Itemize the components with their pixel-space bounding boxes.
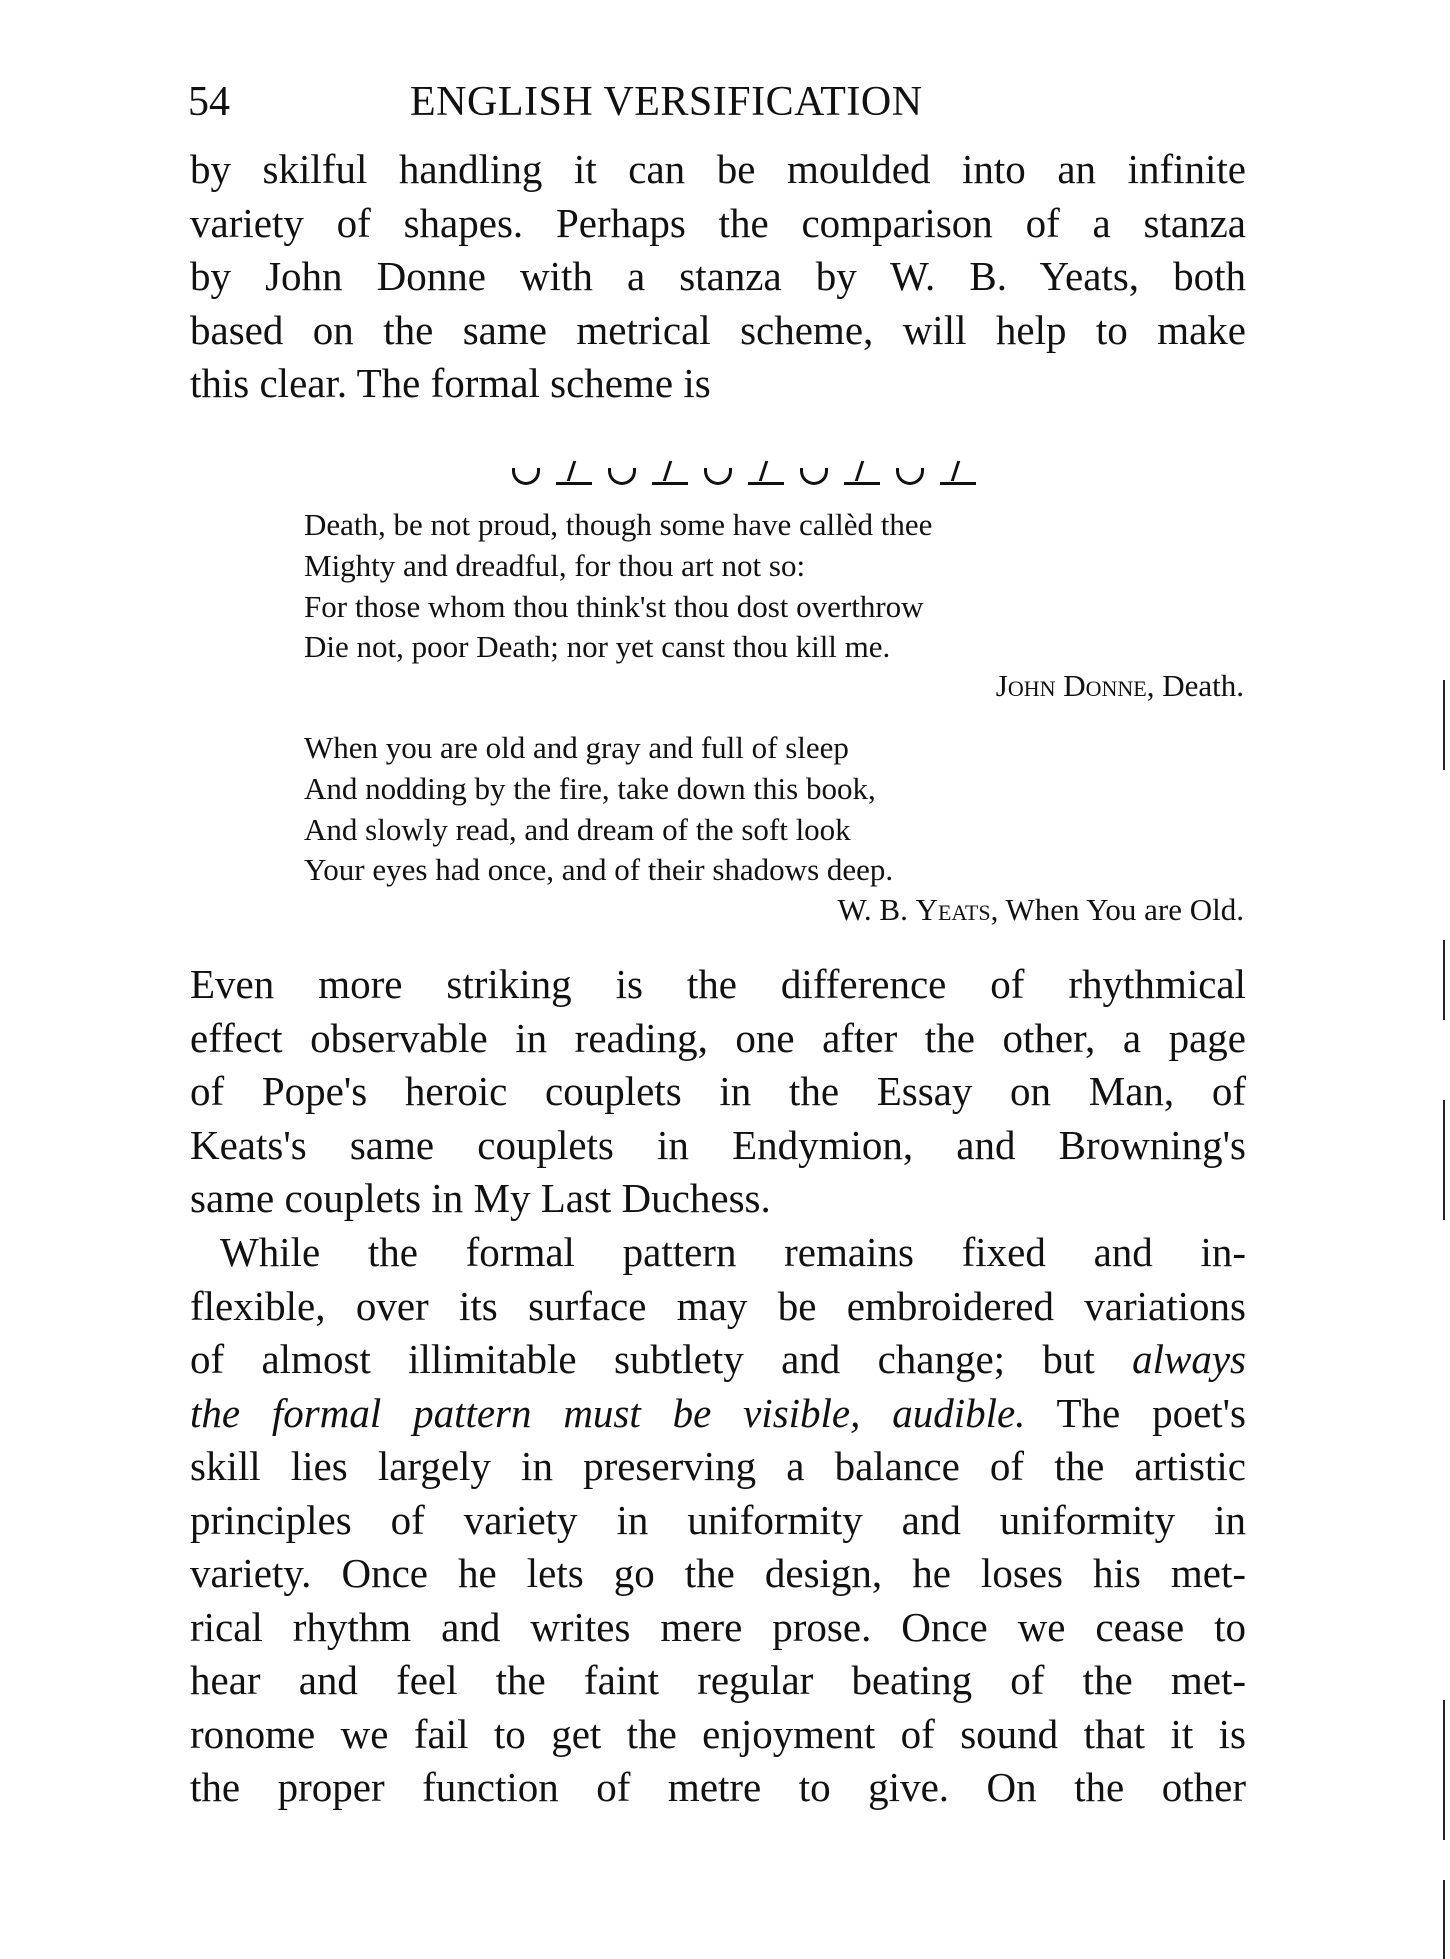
- author-name: John Donne: [996, 668, 1147, 703]
- poem-line: Death, be not proud, though some have ca…: [304, 505, 932, 546]
- text-line: ronome we fail to get the enjoyment of s…: [190, 1708, 1246, 1762]
- stressed-mark-icon: [652, 459, 688, 485]
- poem-title: , Death.: [1147, 668, 1244, 703]
- paragraph-3: While the formal pattern remains fixed a…: [190, 1226, 1246, 1815]
- stressed-mark-icon: [940, 459, 976, 485]
- text-line: variety of shapes. Perhaps the compariso…: [190, 197, 1246, 251]
- text-run: The poet's: [1025, 1390, 1246, 1436]
- poem-donne: Death, be not proud, though some have ca…: [304, 505, 932, 668]
- stressed-mark-icon: [748, 459, 784, 485]
- text-line: principles of variety in uniformity and …: [190, 1494, 1246, 1548]
- text-run: of almost illimitable subtlety and chang…: [190, 1336, 1132, 1382]
- text-line: this clear. The formal scheme is: [190, 357, 1246, 411]
- paragraph-1: by skilful handling it can be moulded in…: [190, 143, 1246, 411]
- attribution-yeats: W. B. Yeats, When You are Old.: [838, 892, 1244, 928]
- page-header: 54 ENGLISH VERSIFICATION: [188, 78, 1248, 128]
- text-line: Even more striking is the difference of …: [190, 958, 1246, 1012]
- unstressed-mark-icon: [896, 468, 924, 485]
- scan-edge-mark: [1443, 680, 1445, 770]
- text-line: by John Donne with a stanza by W. B. Yea…: [190, 250, 1246, 304]
- text-line: based on the same metrical scheme, will …: [190, 304, 1246, 358]
- unstressed-mark-icon: [512, 468, 540, 485]
- scan-edge-mark: [1443, 1700, 1445, 1840]
- stressed-mark-icon: [844, 459, 880, 485]
- poem-line: When you are old and gray and full of sl…: [304, 728, 893, 769]
- text-line: skill lies largely in preserving a balan…: [190, 1440, 1246, 1494]
- italic-text: always: [1132, 1336, 1246, 1382]
- text-line: by skilful handling it can be moulded in…: [190, 143, 1246, 197]
- text-line: effect observable in reading, one after …: [190, 1012, 1246, 1066]
- running-title: ENGLISH VERSIFICATION: [410, 78, 923, 126]
- scan-edge-mark: [1443, 940, 1445, 1020]
- poem-line: Mighty and dreadful, for thou art not so…: [304, 546, 932, 587]
- poem-title: , When You are Old.: [991, 892, 1244, 927]
- italic-text: the formal pattern must be visible, audi…: [190, 1390, 1025, 1436]
- stressed-mark-icon: [556, 459, 592, 485]
- text-line: hear and feel the faint regular beating …: [190, 1654, 1246, 1708]
- poem-line: And slowly read, and dream of the soft l…: [304, 810, 893, 851]
- metrical-scheme: [512, 455, 988, 485]
- text-line: variety. Once he lets go the design, he …: [190, 1547, 1246, 1601]
- poem-line: Die not, poor Death; nor yet canst thou …: [304, 627, 932, 668]
- author-name: Yeats: [916, 892, 991, 927]
- text-line: While the formal pattern remains fixed a…: [190, 1226, 1246, 1280]
- scan-edge-mark: [1443, 1880, 1445, 1959]
- unstressed-mark-icon: [800, 468, 828, 485]
- text-line: the proper function of metre to give. On…: [190, 1761, 1246, 1815]
- text-line: same couplets in My Last Duchess.: [190, 1172, 1246, 1226]
- text-line: Keats's same couplets in Endymion, and B…: [190, 1119, 1246, 1173]
- poem-line: For those whom thou think'st thou dost o…: [304, 587, 932, 628]
- poem-line: And nodding by the fire, take down this …: [304, 769, 893, 810]
- page-number: 54: [188, 78, 230, 126]
- attribution-donne: John Donne, Death.: [996, 668, 1244, 704]
- paragraph-2: Even more striking is the difference of …: [190, 958, 1246, 1226]
- text-line: the formal pattern must be visible, audi…: [190, 1387, 1246, 1441]
- scan-edge-mark: [1443, 1100, 1445, 1220]
- text-line: of Pope's heroic couplets in the Essay o…: [190, 1065, 1246, 1119]
- text-line: flexible, over its surface may be embroi…: [190, 1280, 1246, 1334]
- text-line: of almost illimitable subtlety and chang…: [190, 1333, 1246, 1387]
- text-line: rical rhythm and writes mere prose. Once…: [190, 1601, 1246, 1655]
- poem-line: Your eyes had once, and of their shadows…: [304, 850, 893, 891]
- unstressed-mark-icon: [608, 468, 636, 485]
- poem-yeats: When you are old and gray and full of sl…: [304, 728, 893, 891]
- author-initials: W. B.: [838, 892, 916, 927]
- unstressed-mark-icon: [704, 468, 732, 485]
